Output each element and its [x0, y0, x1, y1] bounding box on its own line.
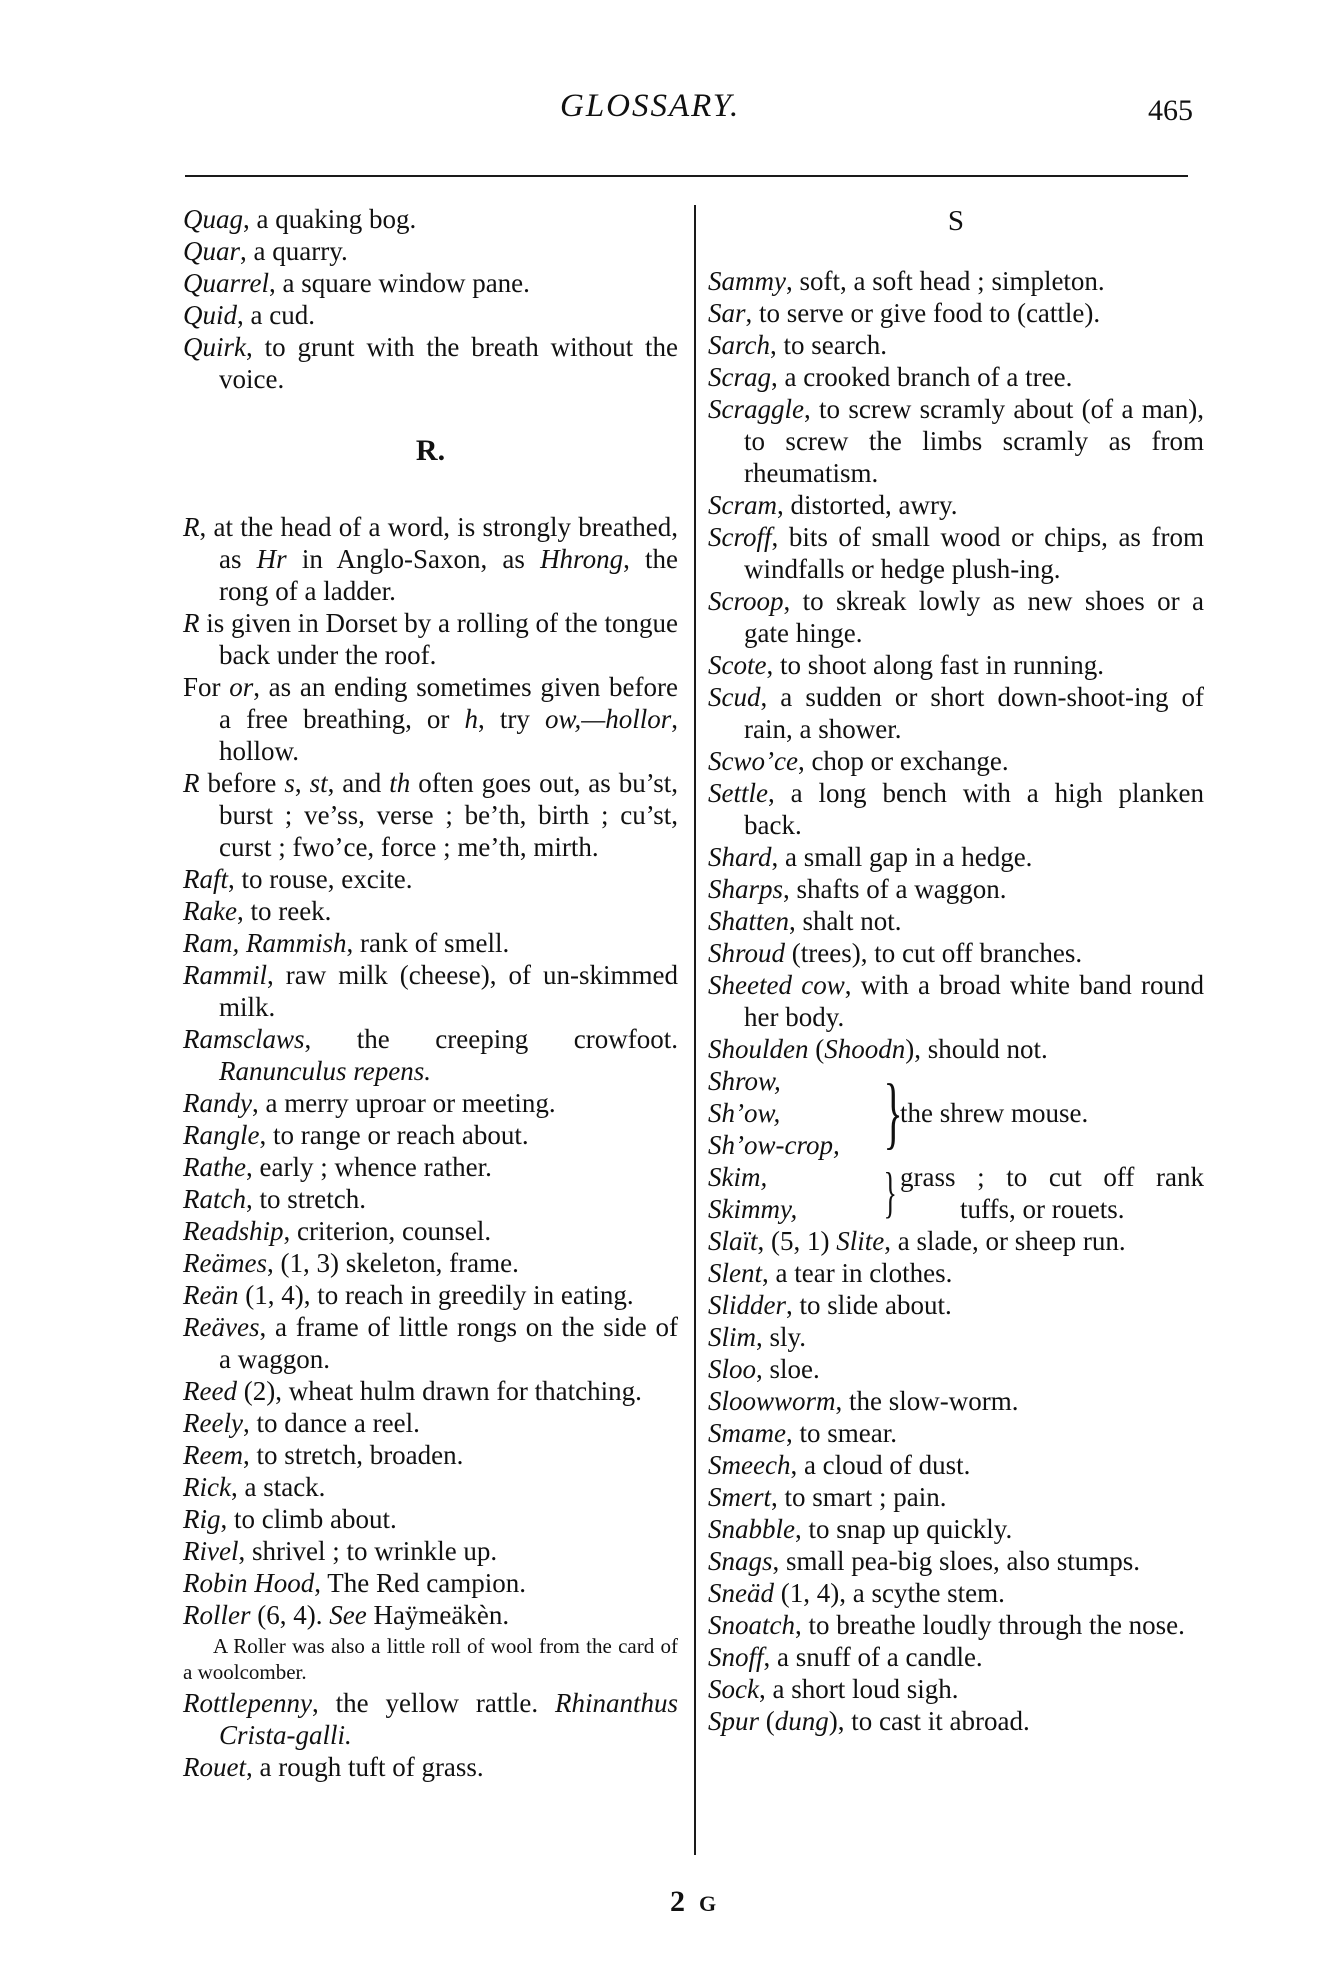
definition: , a square window pane. — [269, 268, 530, 298]
glossary-entry: Reely, to dance a reel. — [183, 1407, 678, 1439]
headword: Quarrel — [183, 268, 269, 298]
definition: , to screw scramly about (of a man), to … — [744, 394, 1204, 488]
glossary-entry: Shroud (trees), to cut off branches. — [708, 937, 1204, 969]
section-heading-r: R. — [183, 435, 678, 467]
headword: Sharps — [708, 874, 783, 904]
column-divider — [694, 205, 696, 1855]
headword: Slent — [708, 1258, 762, 1288]
glossary-entry: Readship, criterion, counsel. — [183, 1215, 678, 1247]
definition: , to search. — [770, 330, 887, 360]
headword: Sheeted cow — [708, 970, 845, 1000]
headword: Snags — [708, 1546, 773, 1576]
definition: , to stretch, broaden. — [243, 1440, 463, 1470]
glossary-entry: Scud, a sudden or short down-shoot-ing o… — [708, 681, 1204, 745]
glossary-entry: Raft, to rouse, excite. — [183, 863, 678, 895]
glossary-entry: Slent, a tear in clothes. — [708, 1257, 1204, 1289]
glossary-entry: Reäves, a frame of little rongs on the s… — [183, 1311, 678, 1375]
headword: Snoatch — [708, 1610, 795, 1640]
definition: , to range or reach about. — [259, 1120, 528, 1150]
headword: Readship — [183, 1216, 284, 1246]
headword: Shatten — [708, 906, 789, 936]
definition: , the creeping crowfoot. — [305, 1024, 679, 1054]
s-entries-b: Slent, a tear in clothes.Slidder, to sli… — [708, 1257, 1204, 1705]
headword: Rivel — [183, 1536, 238, 1566]
right-brace-icon: } — [884, 1073, 895, 1153]
glossary-entry: Sammy, soft, a soft head ; simpleton. — [708, 265, 1204, 297]
headword: Settle — [708, 778, 768, 808]
entry-shoulden: Shoulden (Shoodn), should not. — [708, 1033, 1204, 1065]
definition: , soft, a soft head ; simpleton. — [786, 266, 1105, 296]
headword: Ram, Rammish — [183, 928, 347, 958]
group-word: Skim, — [708, 1161, 878, 1193]
definition: , a snuff of a candle. — [764, 1642, 983, 1672]
headword: Quar — [183, 236, 240, 266]
definition: , a tear in clothes. — [762, 1258, 952, 1288]
glossary-entry: Snags, small pea-big sloes, also stumps. — [708, 1545, 1204, 1577]
group-word: Skimmy, — [708, 1193, 878, 1225]
glossary-entry: Slim, sly. — [708, 1321, 1204, 1353]
definition: , sly. — [756, 1322, 806, 1352]
definition: , to breathe loudly through the nose. — [795, 1610, 1185, 1640]
glossary-entry: Scraggle, to screw scramly about (of a m… — [708, 393, 1204, 489]
glossary-entry: Snoatch, to breathe loudly through the n… — [708, 1609, 1204, 1641]
headword: Robin Hood — [183, 1568, 314, 1598]
definition: , to serve or give food to (cattle). — [746, 298, 1101, 328]
entry-rottlepenny: Rottlepenny, the yellow rattle. Rhinanth… — [183, 1687, 678, 1751]
entry-slait: Slaït, (5, 1) Slite, a slade, or sheep r… — [708, 1225, 1204, 1257]
definition: , raw milk (cheese), of un-skimmed milk. — [219, 960, 678, 1022]
definition: , a merry uproar or meeting. — [252, 1088, 556, 1118]
headword: Quag — [183, 204, 243, 234]
definition: , small pea-big sloes, also stumps. — [773, 1546, 1140, 1576]
definition: (1, 4), to reach in greedily in eating. — [238, 1280, 633, 1310]
headword: Raft — [183, 864, 228, 894]
definition: , a quarry. — [240, 236, 348, 266]
definition: , sloe. — [756, 1354, 820, 1384]
definition: , to smear. — [786, 1418, 897, 1448]
definition: (2), wheat hulm drawn for thatching. — [237, 1376, 642, 1406]
definition: , criterion, counsel. — [284, 1216, 492, 1246]
definition: (1, 4), a scythe stem. — [774, 1578, 1005, 1608]
glossary-entry: Quid, a cud. — [183, 299, 678, 331]
definition: , a quaking bog. — [243, 204, 416, 234]
definition: , to stretch. — [246, 1184, 366, 1214]
headword: Scram — [708, 490, 777, 520]
glossary-entry: Slidder, to slide about. — [708, 1289, 1204, 1321]
glossary-entry: Sock, a short loud sigh. — [708, 1673, 1204, 1705]
group-word: Sh’ow-crop, — [708, 1129, 878, 1161]
glossary-entry: Rig, to climb about. — [183, 1503, 678, 1535]
headword: Reäves — [183, 1312, 259, 1342]
definition: , a crooked branch of a tree. — [771, 362, 1072, 392]
headword: Rake — [183, 896, 237, 926]
glossary-entry: Snabble, to snap up quickly. — [708, 1513, 1204, 1545]
definition: , to snap up quickly. — [795, 1514, 1012, 1544]
right-brace-icon: } — [884, 1165, 895, 1221]
headword: Reem — [183, 1440, 243, 1470]
headword: Snabble — [708, 1514, 795, 1544]
latin-name: Ranunculus repens. — [219, 1056, 431, 1086]
glossary-entry: Snoff, a snuff of a candle. — [708, 1641, 1204, 1673]
glossary-entry: Sharps, shafts of a waggon. — [708, 873, 1204, 905]
glossary-entry: Quar, a quarry. — [183, 235, 678, 267]
headword: Slidder — [708, 1290, 786, 1320]
headword: Shard — [708, 842, 772, 872]
definition: , distorted, awry. — [777, 490, 957, 520]
definition: , shalt not. — [789, 906, 902, 936]
glossary-entry: Smame, to smear. — [708, 1417, 1204, 1449]
definition: , to climb about. — [221, 1504, 397, 1534]
glossary-entry: Reed (2), wheat hulm drawn for thatching… — [183, 1375, 678, 1407]
r-entries: Raft, to rouse, excite.Rake, to reek.Ram… — [183, 863, 678, 1599]
headword: Smeech — [708, 1450, 790, 1480]
glossary-entry: Rake, to reek. — [183, 895, 678, 927]
headword: Sammy — [708, 266, 786, 296]
headword: Randy — [183, 1088, 252, 1118]
headword: Scroff — [708, 522, 772, 552]
glossary-entry: Quarrel, a square window pane. — [183, 267, 678, 299]
headword: Sneäd — [708, 1578, 774, 1608]
definition: , to smart ; pain. — [771, 1482, 946, 1512]
definition: , a short loud sigh. — [759, 1674, 959, 1704]
entry-spur: Spur (dung), to cast it abroad. — [708, 1705, 1204, 1737]
headword: Scraggle — [708, 394, 804, 424]
definition: , the slow-worm. — [836, 1386, 1019, 1416]
headword: Reely — [183, 1408, 243, 1438]
headword: Scote — [708, 650, 766, 680]
definition: , The Red campion. — [314, 1568, 526, 1598]
glossary-entry: Sneäd (1, 4), a scythe stem. — [708, 1577, 1204, 1609]
definition: , a sudden or short down-shoot-ing of ra… — [744, 682, 1204, 744]
definition: , to skreak lowly as new shoes or a gate… — [744, 586, 1204, 648]
headword: Rangle — [183, 1120, 259, 1150]
headword: Snoff — [708, 1642, 764, 1672]
group-word: Shrow, — [708, 1065, 878, 1097]
headword: Scrag — [708, 362, 771, 392]
group-meaning: the shrew mouse. — [900, 1097, 1204, 1129]
headword: Sock — [708, 1674, 759, 1704]
definition: , a cloud of dust. — [790, 1450, 970, 1480]
glossary-entry: Sar, to serve or give food to (cattle). — [708, 297, 1204, 329]
headword: Reed — [183, 1376, 237, 1406]
headword: Rick — [183, 1472, 231, 1502]
glossary-entry: Reämes, (1, 3) skeleton, frame. — [183, 1247, 678, 1279]
glossary-entry: Quirk, to grunt with the breath without … — [183, 331, 678, 395]
glossary-entry: Scote, to shoot along fast in running. — [708, 649, 1204, 681]
headword: Scwo’ce — [708, 746, 798, 776]
glossary-entry: Scrag, a crooked branch of a tree. — [708, 361, 1204, 393]
glossary-entry: Robin Hood, The Red campion. — [183, 1567, 678, 1599]
glossary-entry: Shard, a small gap in a hedge. — [708, 841, 1204, 873]
headword: Smert — [708, 1482, 771, 1512]
glossary-entry: Sloowworm, the slow-worm. — [708, 1385, 1204, 1417]
entry-group-skim: Skim, Skimmy, } grass ; to cut off rank … — [708, 1161, 1204, 1225]
group-meaning: grass ; to cut off rank tuffs, or rouets… — [900, 1161, 1204, 1225]
glossary-entry: Randy, a merry uproar or meeting. — [183, 1087, 678, 1119]
glossary-entry: Settle, a long bench with a high planken… — [708, 777, 1204, 841]
headword: Smame — [708, 1418, 786, 1448]
headword: Scud — [708, 682, 760, 712]
definition: , to slide about. — [786, 1290, 952, 1320]
glossary-entry: Smeech, a cloud of dust. — [708, 1449, 1204, 1481]
s-entries-a: Sammy, soft, a soft head ; simpleton.Sar… — [708, 265, 1204, 1033]
entry-roller: Roller (6, 4). See Haÿmeäkèn. — [183, 1599, 678, 1631]
definition: , bits of small wood or chips, as from w… — [744, 522, 1204, 584]
headword: Quid — [183, 300, 237, 330]
headword: Rathe — [183, 1152, 246, 1182]
glossary-entry: Reän (1, 4), to reach in greedily in eat… — [183, 1279, 678, 1311]
headword: Sloowworm — [708, 1386, 836, 1416]
glossary-entry: Ram, Rammish, rank of smell. — [183, 927, 678, 959]
glossary-entry: Ratch, to stretch. — [183, 1183, 678, 1215]
page-number: 465 — [1148, 94, 1193, 128]
right-column: S Sammy, soft, a soft head ; simpleton.S… — [708, 203, 1204, 1737]
headword: Ramsclaws — [183, 1024, 305, 1054]
headword: Sarch — [708, 330, 770, 360]
definition: (trees), to cut off branches. — [785, 938, 1082, 968]
roller-note: A Roller was also a little roll of wool … — [183, 1633, 678, 1685]
definition: , to rouse, excite. — [228, 864, 412, 894]
definition: , early ; whence rather. — [246, 1152, 492, 1182]
definition: , chop or exchange. — [798, 746, 1009, 776]
definition: , a stack. — [231, 1472, 325, 1502]
definition: , to grunt with the breath without the v… — [219, 332, 678, 394]
definition: , a small gap in a hedge. — [772, 842, 1033, 872]
running-head: GLOSSARY. — [560, 88, 740, 125]
headword: Reän — [183, 1280, 238, 1310]
headword: Ratch — [183, 1184, 246, 1214]
glossary-entry: Shatten, shalt not. — [708, 905, 1204, 937]
headword: Quirk — [183, 332, 246, 362]
group-word: Sh’ow, — [708, 1097, 878, 1129]
definition: , a frame of little rongs on the side of… — [219, 1312, 678, 1374]
headword: Reämes — [183, 1248, 267, 1278]
glossary-entry: Rivel, shrivel ; to wrinkle up. — [183, 1535, 678, 1567]
section-heading-s: S — [708, 205, 1204, 237]
headword: Sar — [708, 298, 746, 328]
glossary-entry: Ramsclaws, the creeping crowfoot. Ranunc… — [183, 1023, 678, 1087]
headword: Shroud — [708, 938, 785, 968]
entry-rouet: Rouet, a rough tuft of grass. — [183, 1751, 678, 1783]
definition: , to dance a reel. — [243, 1408, 420, 1438]
left-column: Quag, a quaking bog.Quar, a quarry.Quarr… — [183, 203, 678, 1783]
r-intro-3: For or, as an ending sometimes given bef… — [183, 671, 678, 767]
glossary-entry: Rathe, early ; whence rather. — [183, 1151, 678, 1183]
glossary-entry: Rick, a stack. — [183, 1471, 678, 1503]
glossary-entry: Rammil, raw milk (cheese), of un-skimmed… — [183, 959, 678, 1023]
headword: Slim — [708, 1322, 756, 1352]
printer-signature: 2G — [670, 1885, 716, 1919]
glossary-entry: Rangle, to range or reach about. — [183, 1119, 678, 1151]
glossary-entry: Scram, distorted, awry. — [708, 489, 1204, 521]
glossary-entry: Sloo, sloe. — [708, 1353, 1204, 1385]
headword: Scroop — [708, 586, 784, 616]
glossary-entry: Quag, a quaking bog. — [183, 203, 678, 235]
entry-group-shrew: Shrow, Sh’ow, Sh’ow-crop, } the shrew mo… — [708, 1065, 1204, 1161]
r-intro-1: R, at the head of a word, is strongly br… — [183, 511, 678, 607]
header-rule — [185, 175, 1188, 177]
glossary-entry: Reem, to stretch, broaden. — [183, 1439, 678, 1471]
glossary-entry: Scroop, to skreak lowly as new shoes or … — [708, 585, 1204, 649]
definition: , a long bench with a high planken back. — [744, 778, 1204, 840]
r-intro-2: R is given in Dorset by a rolling of the… — [183, 607, 678, 671]
glossary-entry: Sarch, to search. — [708, 329, 1204, 361]
glossary-entry: Smert, to smart ; pain. — [708, 1481, 1204, 1513]
q-entries: Quag, a quaking bog.Quar, a quarry.Quarr… — [183, 203, 678, 395]
definition: , (1, 3) skeleton, frame. — [267, 1248, 519, 1278]
definition: , shafts of a waggon. — [783, 874, 1006, 904]
r-intro-4: R before s, st, and th often goes out, a… — [183, 767, 678, 863]
headword: Rammil — [183, 960, 267, 990]
headword: Sloo — [708, 1354, 756, 1384]
glossary-entry: Scwo’ce, chop or exchange. — [708, 745, 1204, 777]
definition: , rank of smell. — [347, 928, 510, 958]
definition: , to shoot along fast in running. — [766, 650, 1103, 680]
definition: , shrivel ; to wrinkle up. — [238, 1536, 497, 1566]
glossary-entry: Sheeted cow, with a broad white band rou… — [708, 969, 1204, 1033]
glossary-entry: Scroff, bits of small wood or chips, as … — [708, 521, 1204, 585]
headword: Rig — [183, 1504, 221, 1534]
definition: , a cud. — [237, 300, 315, 330]
definition: , to reek. — [237, 896, 331, 926]
